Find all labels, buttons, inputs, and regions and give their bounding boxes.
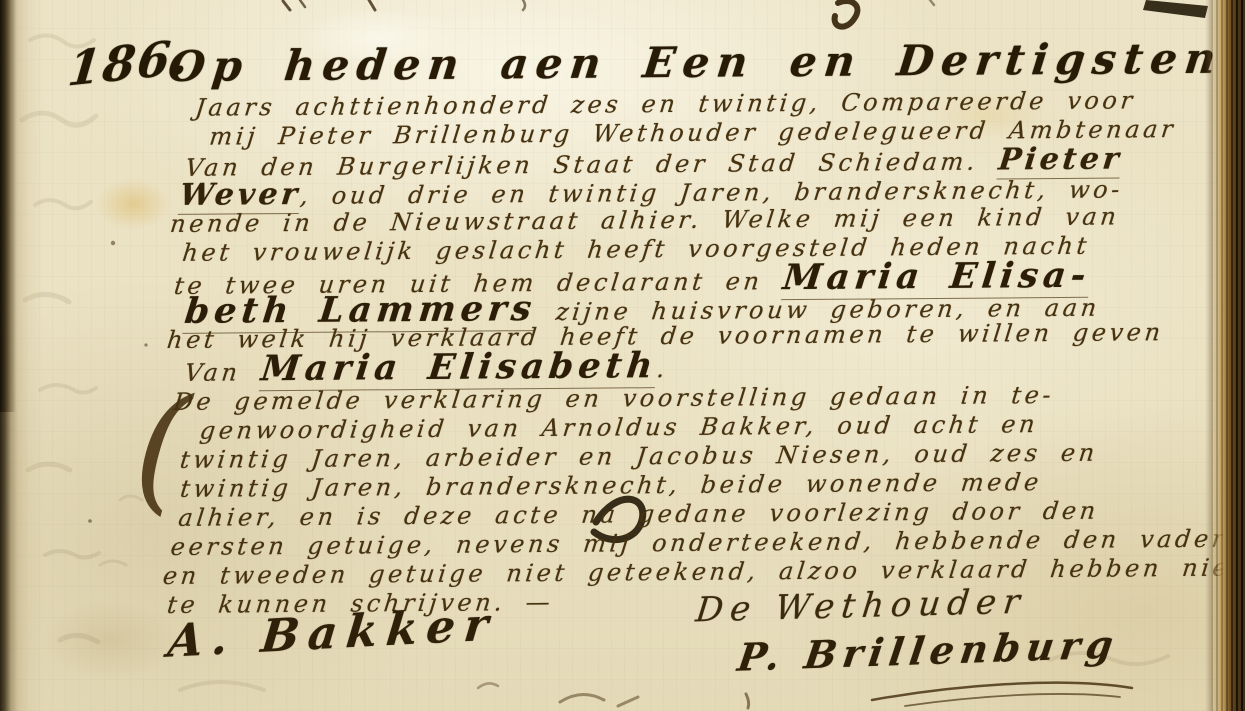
signature-official-name: P. Brillenburg (735, 621, 1122, 680)
act-text: . (655, 355, 669, 383)
left-page-edge (0, 0, 44, 711)
signature-official-title: De Wethouder (694, 582, 1029, 631)
register-page: 186. ( Op heden aen Een en Dertigsten Me… (0, 0, 1245, 711)
paper-stain (40, 600, 180, 680)
act-text: Op heden aen Een en Dertigsten Mey des (166, 31, 1245, 91)
act-line: Van Maria Elisabeth. (184, 347, 1219, 384)
act-text: Van (183, 358, 262, 387)
act-lines: Op heden aen Een en Dertigsten Mey desJa… (165, 32, 1218, 620)
act-line: Op heden aen Een en Dertigsten Mey des (165, 32, 1219, 94)
paper-stain (96, 178, 170, 230)
